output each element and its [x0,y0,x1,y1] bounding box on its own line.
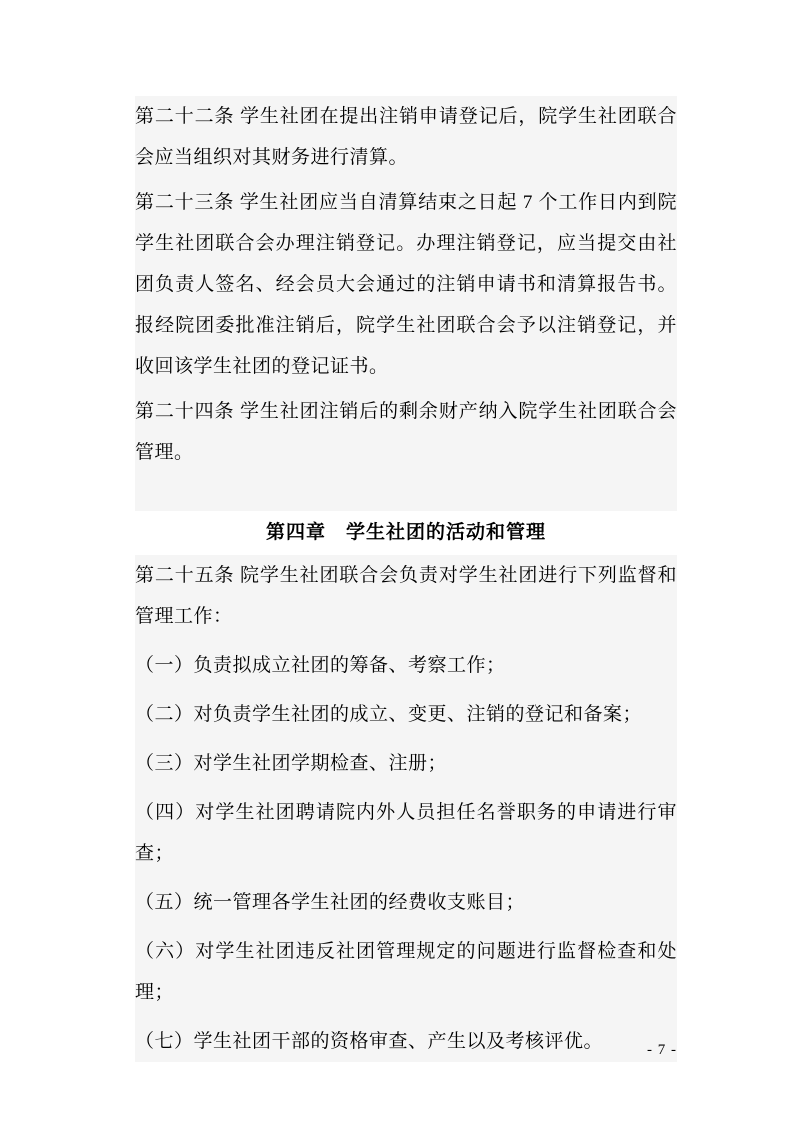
paragraph-article-22: 第二十二条 学生社团在提出注销申请登记后，院学生社团联合会应当组织对其财务进行清… [135,96,677,178]
empty-paragraph-spacer [135,477,677,511]
page-content: 第二十二条 学生社团在提出注销申请登记后，院学生社团联合会应当组织对其财务进行清… [135,96,677,1062]
page-number: - 7 - [647,1041,677,1059]
paragraph-article-25: 第二十五条 院学生社团联合会负责对学生社团进行下列监督和管理工作： [135,555,677,637]
list-item-7: （七）学生社团干部的资格审查、产生以及考核评优。 [135,1021,677,1062]
list-item-1: （一）负责拟成立社团的筹备、考察工作； [135,645,677,686]
paragraph-article-23: 第二十三条 学生社团应当自清算结束之日起 7 个工作日内到院学生社团联合会办理注… [135,182,677,387]
paragraph-article-24: 第二十四条 学生社团注销后的剩余财产纳入院学生社团联合会管理。 [135,391,677,473]
list-item-4: （四）对学生社团聘请院内外人员担任名誉职务的申请进行审查； [135,792,677,874]
shaded-text-block-1: 第二十二条 学生社团在提出注销申请登记后，院学生社团联合会应当组织对其财务进行清… [135,96,677,511]
chapter-heading: 第四章 学生社团的活动和管理 [135,511,677,555]
shaded-text-block-2: 第二十五条 院学生社团联合会负责对学生社团进行下列监督和管理工作： （一）负责拟… [135,555,677,1062]
list-item-6: （六）对学生社团违反社团管理规定的问题进行监督检查和处理； [135,931,677,1013]
list-item-2: （二）对负责学生社团的成立、变更、注销的登记和备案； [135,694,677,735]
list-item-5: （五）统一管理各学生社团的经费收支账目； [135,882,677,923]
document-page: 第二十二条 学生社团在提出注销申请登记后，院学生社团联合会应当组织对其财务进行清… [0,0,793,1122]
list-item-3: （三）对学生社团学期检查、注册； [135,743,677,784]
